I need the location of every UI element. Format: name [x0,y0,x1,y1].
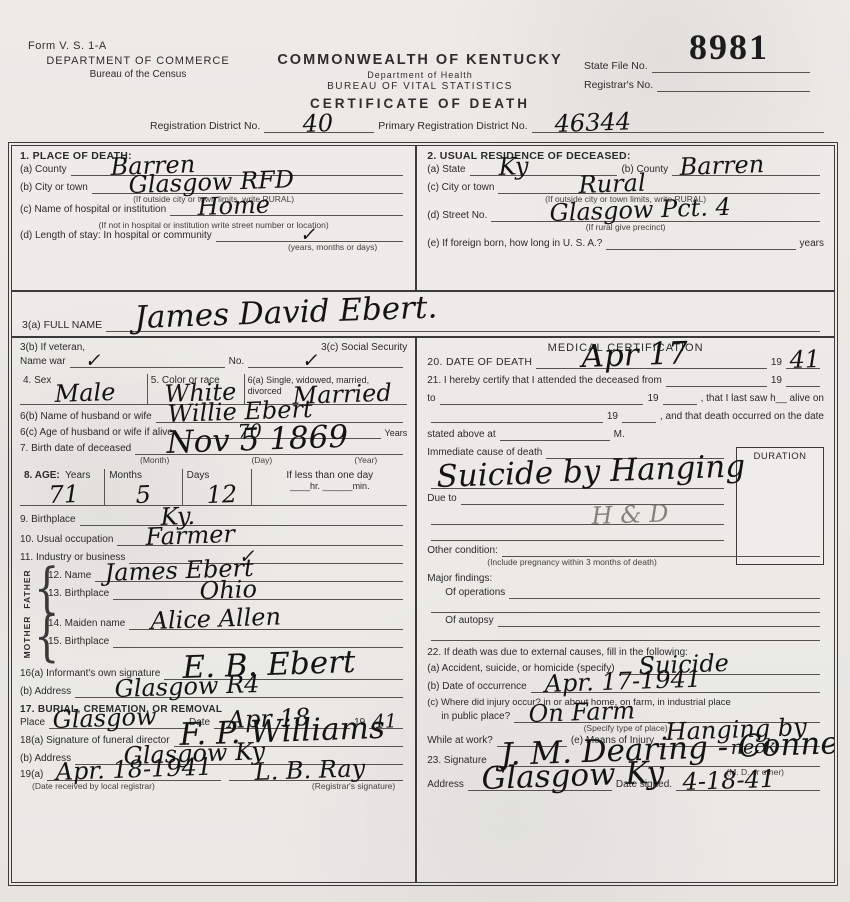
dod-line: Apr 17 [536,357,767,369]
certify-line3-year [622,411,656,423]
pod-stay-mark: ✓ [300,227,316,243]
place-of-death-heading: 1. PLACE OF DEATH: [20,150,407,162]
res-city-line: Rural [498,182,820,194]
certificate-title: CERTIFICATE OF DEATH [255,96,585,111]
certify-line2-19: 19 [647,393,658,405]
namewar-line: ✓ [70,356,225,368]
bureau-vital-statistics: BUREAU OF VITAL STATISTICS [255,81,585,92]
certificate-frame: 1. PLACE OF DEATH: (a) County Barren (b)… [8,142,838,886]
mother-name-line: Alice Allen [129,618,403,630]
res-city-label: (c) City or town [427,182,494,194]
form-id-block: Form V. S. 1-A DEPARTMENT OF COMMERCE Bu… [28,40,248,80]
pod-county-label: (a) County [20,164,67,176]
of-autopsy-fill [498,615,820,627]
commonwealth-title: COMMONWEALTH OF KENTUCKY [255,52,585,68]
father-name-label: 12. Name [48,570,91,582]
occupation-line: Farmer [117,534,403,546]
birthplace-label: 9. Birthplace [20,514,76,526]
res-street-value: Glasgow Pct. 4 [550,197,732,223]
primary-district-label: Primary Registration District No. [378,120,527,133]
birthdate-value: Nov 5 1869 [166,425,348,456]
res-foreign-label: (e) If foreign born, how long in U. S. A… [427,238,602,250]
certify-line2-to: to [427,393,435,405]
pod-hospital-value: Home [197,195,270,217]
full-name-value: James David Ebert. [134,296,438,331]
certify-line2-year [663,393,697,405]
top-sections-row: 1. PLACE OF DEATH: (a) County Barren (b)… [12,146,834,292]
physician-addr-label: Address [427,779,464,791]
physician-addr-line: Glasgow Ky [468,779,612,791]
pod-city-label: (b) City or town [20,182,88,194]
received-line: Apr. 18-1941 [47,769,221,781]
lower-sections-row: 3(b) If veteran, 3(c) Social Security Na… [12,338,834,882]
mother-name-label: 14. Maiden name [48,618,125,630]
res-state-label: (a) State [427,164,465,176]
due-to-label: Due to [427,493,456,505]
occurrence-date-value: Apr. 17-1941 [545,669,702,694]
pod-stay-line: ✓ [216,230,403,242]
full-name-line: James David Ebert. [106,320,820,332]
burial-place-label: Place [20,717,45,729]
sex-value: Male [55,383,116,404]
of-operations-fill [509,587,820,599]
res-foreign-unit: years [800,238,824,250]
month-note: (Month) [140,455,169,465]
age-grid: 8. AGE: Years 71 Months 5 Days 12 If les… [20,469,407,506]
registration-line: Registration District No. 40 Primary Reg… [150,120,828,133]
blank-cause-line [431,529,724,541]
medical-column: MEDICAL CERTIFICATION 20. DATE OF DEATH … [417,338,834,882]
pod-stay-label: (d) Length of stay: In hospital or commu… [20,230,212,242]
father-birthplace-line: Ohio [113,588,403,600]
form-number: Form V. S. 1-A [28,40,248,52]
ss-mark: ✓ [302,353,318,369]
mother-brace: { [34,606,48,668]
pencil-line: H & D [431,513,724,525]
department-of-commerce: DEPARTMENT OF COMMERCE [28,55,248,67]
burial-place-line: Glasgow [49,717,185,729]
informant-addr-value: Glasgow R4 [114,675,259,699]
namewar-label: Name war [20,356,66,368]
informant-addr-line: Glasgow R4 [75,686,403,698]
usual-residence-section: 2. USUAL RESIDENCE OF DECEASED: (a) Stat… [417,146,834,290]
res-county-value: Barren [679,155,764,177]
father-birthplace-label: 13. Birthplace [48,588,109,600]
stated-above-label: stated above at [427,429,495,441]
operations-blank-line [431,601,820,613]
age-years-value: 71 [49,485,80,505]
received-label: 19(a) [20,769,43,781]
certify-line3-19: 19 [607,411,618,423]
certify-line2-rest: , that I last saw h__ alive on [701,393,824,405]
registrars-no-label: Registrar's No. [584,79,653,92]
cause-line: Suicide by Hanging [431,477,724,489]
personal-column: 3(b) If veteran, 3(c) Social Security Na… [12,338,417,882]
informant-addr-label: (b) Address [20,686,71,698]
meridian-label: M. [614,429,625,441]
res-street-line: Glasgow Pct. 4 [491,210,820,222]
age-months-value: 5 [135,485,151,505]
birthplace-line: Ky. [80,514,404,526]
ss-label: 3(c) Social Security [321,342,407,354]
age-hr-label: hr. [310,481,320,491]
public-place-label: in public place? [441,711,510,723]
other-condition-fill [502,545,820,557]
state-file-label: State File No. [584,60,648,73]
dod-year-line: 41 [786,357,820,369]
dod-label: 20. DATE OF DEATH [427,356,532,369]
age-days-value: 12 [206,485,237,505]
res-state-value: Ky [498,157,529,177]
while-at-work-label: While at work? [427,735,493,747]
of-operations-label: Of operations [445,587,505,599]
occupation-label: 10. Usual occupation [20,534,113,546]
of-autopsy-label: Of autopsy [445,615,493,627]
place-of-death-section: 1. PLACE OF DEATH: (a) County Barren (b)… [12,146,417,290]
spouse-label: 6(b) Name of husband or wife [20,411,152,423]
mother-birthplace-line [113,636,403,648]
full-name-label: 3(a) FULL NAME [22,319,102,332]
full-name-row: 3(a) FULL NAME James David Ebert. [12,292,834,338]
reg-district-value: 40 [302,114,333,134]
state-file-line [652,63,810,73]
occurrence-date-label: (b) Date of occurrence [427,681,527,693]
pod-hospital-line: Home [170,204,403,216]
major-findings-label: Major findings: [427,573,492,585]
primary-district-line: 46344 [532,121,824,133]
pod-hospital-label: (c) Name of hospital or institution [20,204,166,216]
autopsy-blank-line [431,629,820,641]
spouse-age-label: 6(c) Age of husband or wife if alive [20,427,173,439]
registrars-no-line [657,82,810,92]
registrar-sig-value: L. B. Ray [255,759,366,782]
bureau-of-census: Bureau of the Census [28,69,248,80]
age-min-label: min. [353,481,370,491]
duration-label: DURATION [754,451,807,462]
title-block: COMMONWEALTH OF KENTUCKY Department of H… [255,52,585,111]
pencil-note-value: H & D [592,504,669,526]
reg-district-label: Registration District No. [150,120,260,133]
father-birthplace-value: Ohio [200,580,258,601]
certify-line2-fill [440,393,644,405]
date-signed-line: 4-18-41 [676,779,820,791]
received-date-value: Apr. 18-1941 [55,757,212,782]
age-days-label: Days [187,470,248,481]
date-signed-value: 4-18-41 [683,770,776,792]
pod-city-value: Glasgow RFD [128,170,294,195]
sex-label: 4. Sex [23,375,51,386]
primary-district-value: 46344 [554,112,631,134]
occurrence-date-line: Apr. 17-1941 [531,681,820,693]
mother-birthplace-label: 15. Birthplace [48,636,109,648]
year-note: (Year) [354,455,377,465]
other-condition-note: (Include pregnancy within 3 months of de… [487,557,657,567]
mother-side-label: MOTHER [22,616,32,659]
physician-addr-value: Glasgow Ky [481,761,664,792]
certify-line1-year [786,375,820,387]
occupation-value: Farmer [145,525,235,547]
certify-line1-fill [666,375,767,387]
certify-line1-19: 19 [771,375,782,387]
physician-sig-label: 23. Signature [427,755,487,767]
cause-value: Suicide by Hanging [436,454,745,490]
other-condition-label: Other condition: [427,545,498,557]
res-street-label: (d) Street No. [427,210,487,222]
dod-year-pre: 19 [771,357,782,369]
mother-name-value: Alice Allen [151,607,282,631]
ss-no-label: No. [229,356,245,368]
age-months-label: Months [109,470,177,481]
certify-line3-fill [431,411,603,423]
burial-place-value: Glasgow [52,707,156,730]
dod-year-value: 41 [789,350,820,370]
veteran-mark: ✓ [85,353,101,369]
injury-where-value: On Farm [529,701,636,724]
age-less-label: If less than one day [256,470,403,481]
veteran-label: 3(b) If veteran, [20,342,85,354]
pod-hospital-note: (If not in hospital or institution write… [99,220,329,230]
years-suffix: Years [385,428,408,439]
birthdate-line: Nov 5 1869 [135,443,403,455]
res-city-value: Rural [578,173,646,195]
birthdate-label: 7. Birth date of deceased [20,443,131,455]
registrar-sig-line: L. B. Ray [229,769,403,781]
reg-district-line: 40 [264,121,374,133]
department-of-health: Department of Health [255,70,585,80]
certify-line1: 21. I hereby certify that I attended the… [427,375,662,387]
stated-above-fill [500,429,610,441]
father-side-label: FATHER [22,569,32,608]
res-county-line: Barren [672,164,820,176]
age-label: 8. AGE: [24,470,60,481]
cause-of-death-block: DURATION Immediate cause of death Suicid… [427,447,824,541]
ss-no-line: ✓ [248,356,403,368]
res-foreign-line [606,238,795,250]
file-number-block: 8981 State File No. Registrar's No. [584,26,814,92]
certify-line3-rest: , and that death occurred on the date [660,411,824,423]
death-certificate-scan: Form V. S. 1-A DEPARTMENT OF COMMERCE Bu… [0,0,850,902]
dod-value: Apr 17 [582,342,689,370]
